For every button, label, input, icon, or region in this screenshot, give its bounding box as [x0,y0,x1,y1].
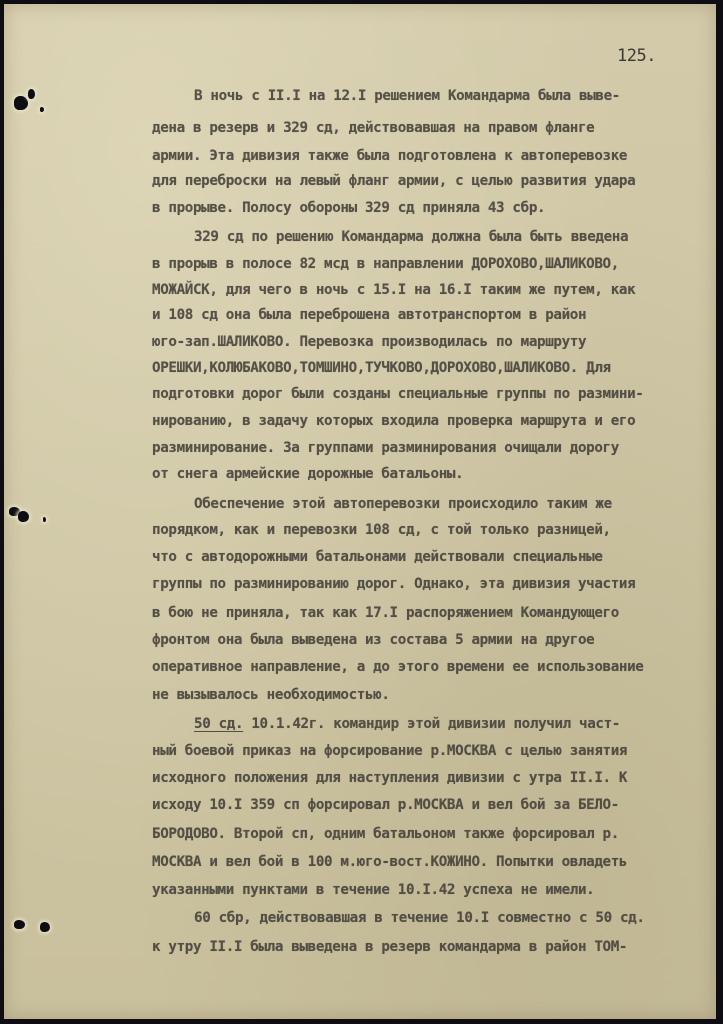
line-text: от снега армейские дорожные батальоны. [152,466,463,482]
text-line: МОЖАЙСК, для чего в ночь с 15.I на 16.I … [152,282,635,298]
text-line: в прорыве. Полосу обороны 329 сд приняла… [152,200,545,216]
line-text: для переброски на левый фланг армии, с ц… [152,173,635,189]
text-line: для переброски на левый фланг армии, с ц… [152,173,635,189]
line-text: ОРЕШКИ,КОЛЮБАКОВО,ТОМШИНО,ТУЧКОВО,ДОРОХО… [152,360,611,376]
punch-hole-bottom [14,920,25,929]
line-text: юго-зап.ШАЛИКОВО. Перевозка производилас… [152,334,586,350]
text-line: армии. Эта дивизия также была подготовле… [152,148,627,164]
text-line: в прорыв в полосе 82 мсд в направлении Д… [152,256,619,272]
text-line: к утру II.I была выведена в резерв коман… [152,939,627,955]
text-line: разминирование. За группами разминирован… [152,440,619,456]
text-line: и 108 сд она была переброшена автотрансп… [152,307,586,323]
line-text: указанными пунктами в течение 10.I.42 ус… [152,882,594,898]
text-line: ный боевой приказ на форсирование р.МОСК… [152,743,627,759]
line-text: БОРОДОВО. Второй сп, одним батальоном та… [152,826,619,842]
text-line: группы по разминированию дорог. Однако, … [152,576,635,592]
text-line: указанными пунктами в течение 10.I.42 ус… [152,882,594,898]
line-text: подготовки дорог были созданы специальны… [152,386,644,402]
text-line: исходу 10.I 359 сп форсировал р.МОСКВА и… [152,797,619,813]
line-text: что с автодорожными батальонами действов… [152,549,603,565]
text-line: нированию, в задачу которых входила пров… [152,413,635,429]
text-line: порядком, как и перевозки 108 сд, с той … [152,522,611,538]
line-text: нированию, в задачу которых входила пров… [152,413,635,429]
line-text: фронтом она была выведена из состава 5 а… [152,632,594,648]
line-text: и 108 сд она была переброшена автотрансп… [152,307,586,323]
line-text: 60 сбр, действовавшая в течение 10.I сов… [194,910,645,926]
punch-hole-top-dot [40,107,44,112]
text-line: МОСКВА и вел бой в 100 м.юго-вост.КОЖИНО… [152,854,627,870]
text-line: не вызывалось необходимостью. [152,687,390,703]
text-line: 60 сбр, действовавшая в течение 10.I сов… [194,910,645,926]
text-line: ОРЕШКИ,КОЛЮБАКОВО,ТОМШИНО,ТУЧКОВО,ДОРОХО… [152,360,611,376]
line-text: порядком, как и перевозки 108 сд, с той … [152,522,611,538]
text-line: что с автодорожными батальонами действов… [152,549,603,565]
line-text: дена в резерв и 329 сд, действовавшая на… [152,120,594,136]
line-text: ный боевой приказ на форсирование р.МОСК… [152,743,627,759]
line-text: 10.1.42г. командир этой дивизии получил … [251,716,620,732]
text-line: 329 сд по решению Командарма должна была… [194,229,628,245]
punch-hole-top-small [28,89,35,99]
text-line: фронтом она была выведена из состава 5 а… [152,632,594,648]
line-text: группы по разминированию дорог. Однако, … [152,576,635,592]
line-text: не вызывалось необходимостью. [152,687,390,703]
line-text: в прорыве. Полосу обороны 329 сд приняла… [152,200,545,216]
text-line: подготовки дорог были созданы специальны… [152,386,644,402]
line-text: исходного положения для наступления диви… [152,770,627,786]
line-text: В ночь с II.I на 12.I решением Командарм… [194,88,620,104]
line-text: МОСКВА и вел бой в 100 м.юго-вост.КОЖИНО… [152,854,627,870]
text-line: оперативное направление, а до этого врем… [152,659,644,675]
punch-hole-bottom-2 [40,922,50,932]
document-page: 125. В ночь с II.I на 12.I решением Кома… [4,4,716,1019]
text-line: Обеспечение этой автоперевозки происходи… [194,496,612,512]
punch-hole-top [14,96,28,110]
text-line: В ночь с II.I на 12.I решением Командарм… [194,88,620,104]
line-text: в бою не приняла, так как 17.I распоряже… [152,605,619,621]
line-text: оперативное направление, а до этого врем… [152,659,644,675]
line-text: МОЖАЙСК, для чего в ночь с 15.I на 16.I … [152,282,635,298]
line-text: 329 сд по решению Командарма должна была… [194,229,628,245]
line-text: исходу 10.I 359 сп форсировал р.МОСКВА и… [152,797,619,813]
punch-hole-middle-dot [43,517,46,522]
text-line: БОРОДОВО. Второй сп, одним батальоном та… [152,826,619,842]
line-text: в прорыв в полосе 82 мсд в направлении Д… [152,256,619,272]
text-line: 50 сд. 10.1.42г. командир этой дивизии п… [194,716,620,732]
punch-hole-middle-2 [18,511,29,522]
page-number: 125. [617,46,656,66]
line-text: армии. Эта дивизия также была подготовле… [152,148,627,164]
text-line: дена в резерв и 329 сд, действовавшая на… [152,120,594,136]
line-text: разминирование. За группами разминирован… [152,440,619,456]
section-heading: 50 сд. [194,716,243,732]
line-text: к утру II.I была выведена в резерв коман… [152,939,627,955]
line-text: Обеспечение этой автоперевозки происходи… [194,496,612,512]
text-line: от снега армейские дорожные батальоны. [152,466,463,482]
text-line: в бою не приняла, так как 17.I распоряже… [152,605,619,621]
text-line: исходного положения для наступления диви… [152,770,627,786]
text-line: юго-зап.ШАЛИКОВО. Перевозка производилас… [152,334,586,350]
